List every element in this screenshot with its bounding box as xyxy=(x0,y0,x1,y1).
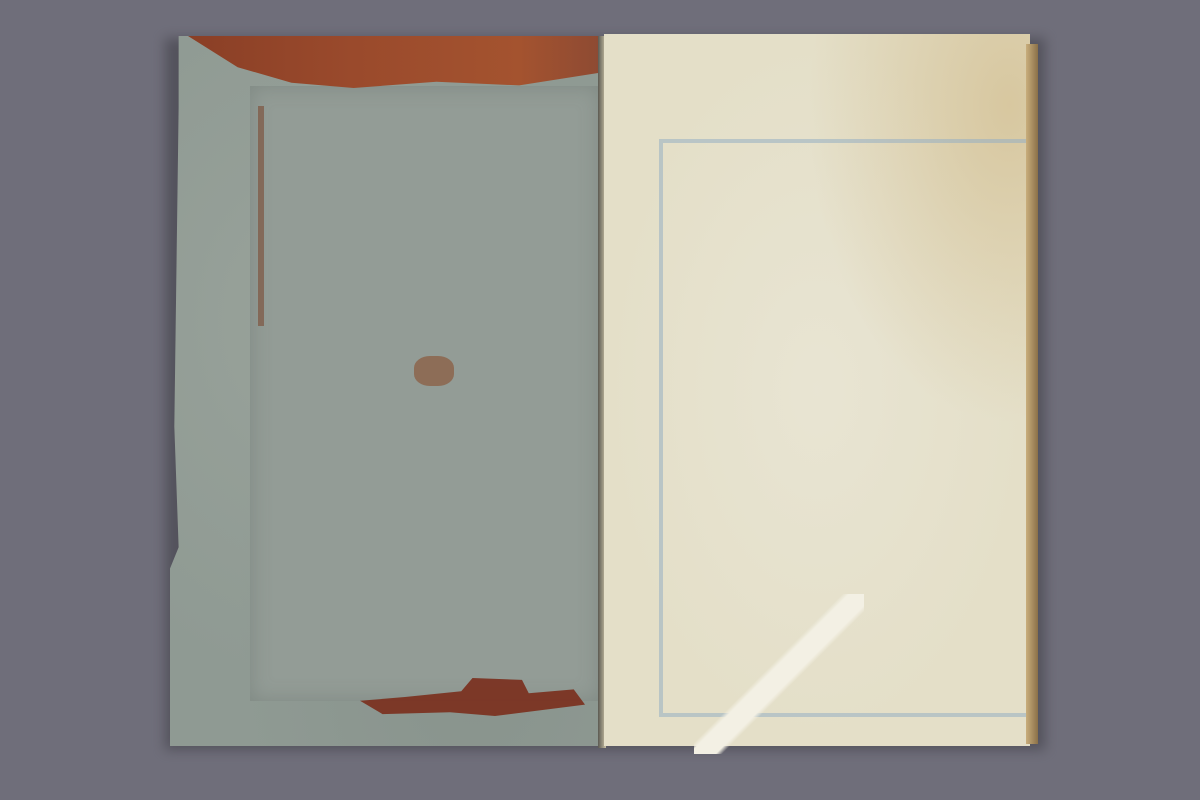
paper-tear xyxy=(694,594,864,754)
red-paper-strip xyxy=(188,36,602,88)
cover-lining-paper xyxy=(250,86,600,701)
stain-mark xyxy=(414,356,454,386)
right-page xyxy=(604,34,1030,746)
left-cover xyxy=(170,36,602,746)
fore-edge xyxy=(1026,44,1038,744)
fold-crease xyxy=(258,106,264,326)
